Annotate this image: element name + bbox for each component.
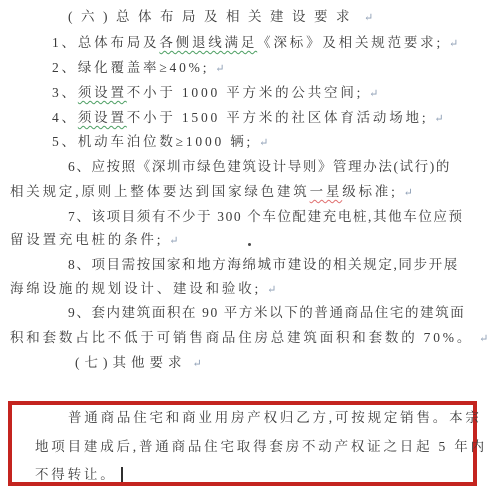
item7-line2-text: 留设置充电桩的条件;: [10, 232, 163, 247]
section7-heading: (七)其他要求↵: [75, 354, 202, 373]
item7-line1-text: 7、该项目须有不少于 300 个车位配建充电桩,其他车位应预: [68, 209, 464, 224]
boxed-note-line2-text: 地项目建成后,普通商品住宅取得套房不动产权证之日起 5 年内: [35, 439, 487, 454]
boxed-note-line3: 不得转让。: [35, 466, 123, 483]
paragraph-mark-icon: ↵: [267, 284, 276, 296]
item3-text: 3、: [52, 85, 78, 100]
stray-dot-artifact: [248, 243, 251, 246]
item5-text: 5、机动车泊位数≥1000 辆;: [52, 134, 253, 149]
boxed-note-line1: 普通商品住宅和商业用房产权归乙方,可按规定销售。本宗: [68, 409, 482, 426]
list-item-9-line2: 积和套数占比不低于可销售商品住房总建筑面积和套数的 70%。↵: [10, 329, 488, 348]
paragraph-mark-icon: ↵: [169, 235, 178, 247]
section7-heading-text: (七)其他要求: [75, 355, 187, 370]
item9-line1-text: 9、套内建筑面积在 90 平方米以下的普通商品住宅的建筑面: [68, 305, 465, 320]
list-item-2: 2、绿化覆盖率≥40%;↵: [52, 59, 224, 78]
paragraph-mark-icon: ↵: [369, 88, 378, 100]
paragraph-mark-icon: ↵: [193, 358, 202, 370]
list-item-6-line2: 相关规定,原则上整体要达到国家绿色建筑一星级标准;↵: [10, 183, 413, 202]
list-item-3: 3、须设置不小于 1000 平方米的公共空间;↵: [52, 84, 378, 103]
item6-underlined-text: 一星: [310, 184, 343, 199]
paragraph-mark-icon: ↵: [434, 113, 443, 125]
item1-underlined-text: 各侧退线满足: [159, 35, 257, 50]
item1-text-post: 《深标》及相关规范要求;: [257, 35, 443, 50]
list-item-8-line1: 8、项目需按国家和地方海绵城市建设的相关规定,同步开展: [68, 256, 459, 273]
boxed-note-line2: 地项目建成后,普通商品住宅取得套房不动产权证之日起 5 年内: [35, 438, 487, 455]
section6-heading: (六)总体布局及相关建设要求↵: [68, 8, 373, 27]
paragraph-mark-icon: ↵: [479, 333, 488, 345]
boxed-note-line3-text: 不得转让。: [35, 467, 117, 482]
list-item-9-line1: 9、套内建筑面积在 90 平方米以下的普通商品住宅的建筑面: [68, 304, 465, 321]
item6-line1-text: 6、应按照《深圳市绿色建筑设计导则》管理办法(试行)的: [68, 159, 451, 174]
list-item-1: 1、总体布局及各侧退线满足《深标》及相关规范要求;↵: [52, 34, 458, 53]
item2-text: 2、绿化覆盖率≥40%;: [52, 60, 209, 75]
paragraph-mark-icon: ↵: [215, 63, 224, 75]
item6-line2-text: 相关规定,原则上整体要达到国家绿色建筑: [10, 184, 310, 199]
item6-line2-text-post: 级标准;: [342, 184, 397, 199]
item8-line1-text: 8、项目需按国家和地方海绵城市建设的相关规定,同步开展: [68, 257, 459, 272]
paragraph-mark-icon: ↵: [259, 137, 268, 149]
list-item-4: 4、须设置不小于 1500 平方米的社区体育活动场地;↵: [52, 109, 444, 128]
list-item-7-line1: 7、该项目须有不少于 300 个车位配建充电桩,其他车位应预: [68, 208, 464, 225]
list-item-6-line1: 6、应按照《深圳市绿色建筑设计导则》管理办法(试行)的: [68, 158, 451, 175]
item8-line2-text: 海绵设施的规划设计、建设和验收;: [10, 281, 261, 296]
boxed-note-line1-text: 普通商品住宅和商业用房产权归乙方,可按规定销售。本宗: [68, 410, 482, 425]
item1-text: 1、总体布局及: [52, 35, 159, 50]
item9-line2-text: 积和套数占比不低于可销售商品住房总建筑面积和套数的 70%。: [10, 330, 473, 345]
item3-underlined-text: 须设置: [78, 85, 127, 100]
list-item-8-line2: 海绵设施的规划设计、建设和验收;↵: [10, 280, 276, 299]
list-item-7-line2: 留设置充电桩的条件;↵: [10, 231, 178, 250]
item4-text-post: 不小于 1500 平方米的社区体育活动场地;: [127, 110, 429, 125]
list-item-5: 5、机动车泊位数≥1000 辆;↵: [52, 133, 268, 152]
item3-text-post: 不小于 1000 平方米的公共空间;: [127, 85, 363, 100]
text-cursor: [121, 467, 123, 482]
section6-heading-text: (六)总体布局及相关建设要求: [68, 9, 358, 24]
paragraph-mark-icon: ↵: [404, 187, 413, 199]
document-page: (六)总体布局及相关建设要求↵ 1、总体布局及各侧退线满足《深标》及相关规范要求…: [0, 0, 500, 500]
item4-text: 4、: [52, 110, 78, 125]
paragraph-mark-icon: ↵: [449, 38, 458, 50]
item4-underlined-text: 须设置: [78, 110, 127, 125]
paragraph-mark-icon: ↵: [364, 12, 373, 24]
